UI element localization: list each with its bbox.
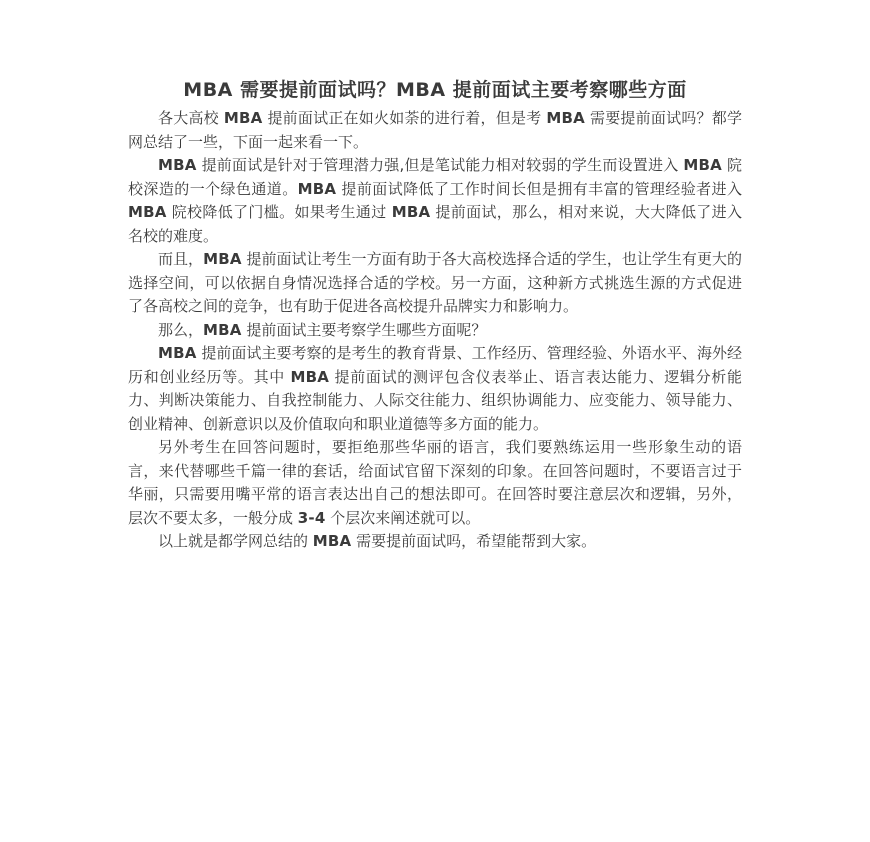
paragraph-question: 那么，MBA 提前面试主要考察学生哪些方面呢？ [128,319,742,343]
document-page: MBA 需要提前面试吗？MBA 提前面试主要考察哪些方面 各大高校 MBA 提前… [0,0,870,842]
paragraph-conclusion: 以上就是都学网总结的 MBA 需要提前面试吗，希望能帮到大家。 [128,530,742,554]
document-body: 各大高校 MBA 提前面试正在如火如荼的进行着，但是考 MBA 需要提前面试吗？… [128,104,742,554]
paragraph-advice: 另外考生在回答问题时，要拒绝那些华丽的语言，我们要熟练运用一些形象生动的语言，来… [128,436,742,530]
paragraph-intro: 各大高校 MBA 提前面试正在如火如荼的进行着，但是考 MBA 需要提前面试吗？… [128,107,742,154]
paragraph-green-channel: MBA 提前面试是针对于管理潜力强,但是笔试能力相对较弱的学生而设置进入 MBA… [128,154,742,248]
document-title: MBA 需要提前面试吗？MBA 提前面试主要考察哪些方面 [0,0,870,104]
paragraph-assessment: MBA 提前面试主要考察的是考生的教育背景、工作经历、管理经验、外语水平、海外经… [128,342,742,436]
paragraph-benefits: 而且，MBA 提前面试让考生一方面有助于各大高校选择合适的学生，也让学生有更大的… [128,248,742,319]
